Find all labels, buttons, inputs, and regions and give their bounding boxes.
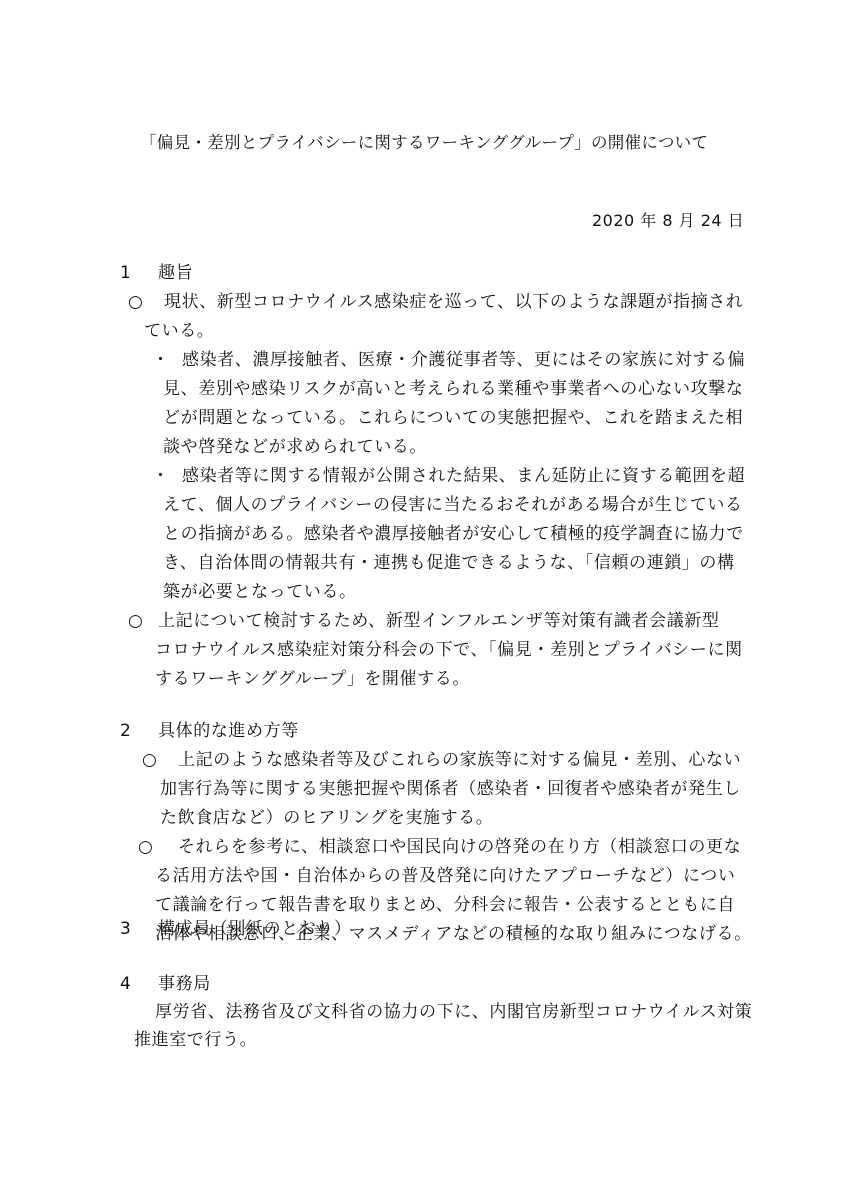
dot-bullet-icon: ・ [152,349,182,371]
section-1-item-3-line-3: との指摘がある。感染者や濃厚接触者が安心して積極的疫学調査に協力で [163,523,744,545]
section-number: 4 [120,973,158,995]
section-1-item-1-line-2: ている。 [144,320,214,342]
circle-bullet-icon: ○ [128,610,158,632]
section-number: 2 [120,720,158,742]
section-1-item-3-line-2: えて、個人のプライバシーの侵害に当たるおそれがある場合が生じている [163,494,743,516]
section-2-item-1-line-1: ○上記のような感染者等及びこれらの家族等に対する偏見・差別、心ない [142,749,741,771]
section-title: 構成員（別紙のとおり） [158,919,352,939]
section-3-heading: 3構成員（別紙のとおり） [120,918,352,940]
circle-bullet-icon: ○ [138,836,178,858]
section-title: 具体的な進め方等 [158,721,299,741]
section-2-item-1-line-3: た飲食店など）のヒアリングを実施する。 [160,807,493,829]
section-1-item-2-line-3: どが問題となっている。これらについての実態把握や、これを踏まえた相 [163,407,743,429]
document-title: 「偏見・差別とプライバシーに関するワーキンググループ」の開催について [140,132,708,154]
section-1-heading: 1趣旨 [120,262,193,284]
section-1-item-3-line-1: ・感染者等に関する情報が公開された結果、まん延防止に資する範囲を超 [152,465,745,487]
section-1-item-2-line-2: 見、差別や感染リスクが高いと考えられる業種や事業者への心ない攻撃な [163,378,743,400]
section-2-item-2-line-3: て議論を行って報告書を取りまとめ、分科会に報告・公表するとともに自 [155,894,735,916]
section-4-heading: 4事務局 [120,973,211,995]
section-4-body-line-2: 推進室で行う。 [134,1029,257,1051]
section-2-item-2-line-1: ○それらを参考に、相談窓口や国民向けの啓発の在り方（相談窓口の更な [138,836,741,858]
section-1-item-1-line-1: ○現状、新型コロナウイルス感染症を巡って、以下のような課題が指摘され [128,291,743,313]
circle-bullet-icon: ○ [128,291,164,313]
circle-bullet-icon: ○ [142,749,178,771]
section-1-item-2-line-1: ・感染者、濃厚接触者、医療・介護従事者等、更にはその家族に対する偏 [152,349,745,371]
dot-bullet-icon: ・ [152,465,182,487]
section-4-body-line-1: 厚労省、法務省及び文科省の協力の下に、内閣官房新型コロナウイルス対策 [155,1001,752,1023]
document-page: 「偏見・差別とプライバシーに関するワーキンググループ」の開催について 2020 … [0,0,848,1200]
section-1-item-4-line-2: コロナウイルス感染症対策分科会の下で、「偏見・差別とプライバシーに関 [155,639,743,661]
section-2-item-2-line-2: る活用方法や国・自治体からの普及啓発に向けたアプローチなど）につい [155,865,735,887]
document-date: 2020 年 8 月 24 日 [592,210,744,232]
section-2-heading: 2具体的な進め方等 [120,720,299,742]
section-number: 1 [120,262,158,284]
section-1-item-3-line-4: き、自治体間の情報共有・連携も促進できるような、「信頼の連鎖」の構 [163,552,735,574]
section-2-item-1-line-2: 加害行為等に関する実態把握や関係者（感染者・回復者や感染者が発生し [160,778,741,800]
section-1-item-3-line-5: 築が必要となっている。 [163,581,357,603]
section-1-item-4-line-3: するワーキンググループ」を開催する。 [155,668,470,690]
section-title: 趣旨 [158,263,193,283]
section-1-item-2-line-4: 談や啓発などが求められている。 [163,436,427,458]
section-title: 事務局 [158,974,211,994]
section-1-item-4-line-1: ○上記について検討するため、新型インフルエンザ等対策有識者会議新型 [128,610,720,632]
section-number: 3 [120,918,158,940]
